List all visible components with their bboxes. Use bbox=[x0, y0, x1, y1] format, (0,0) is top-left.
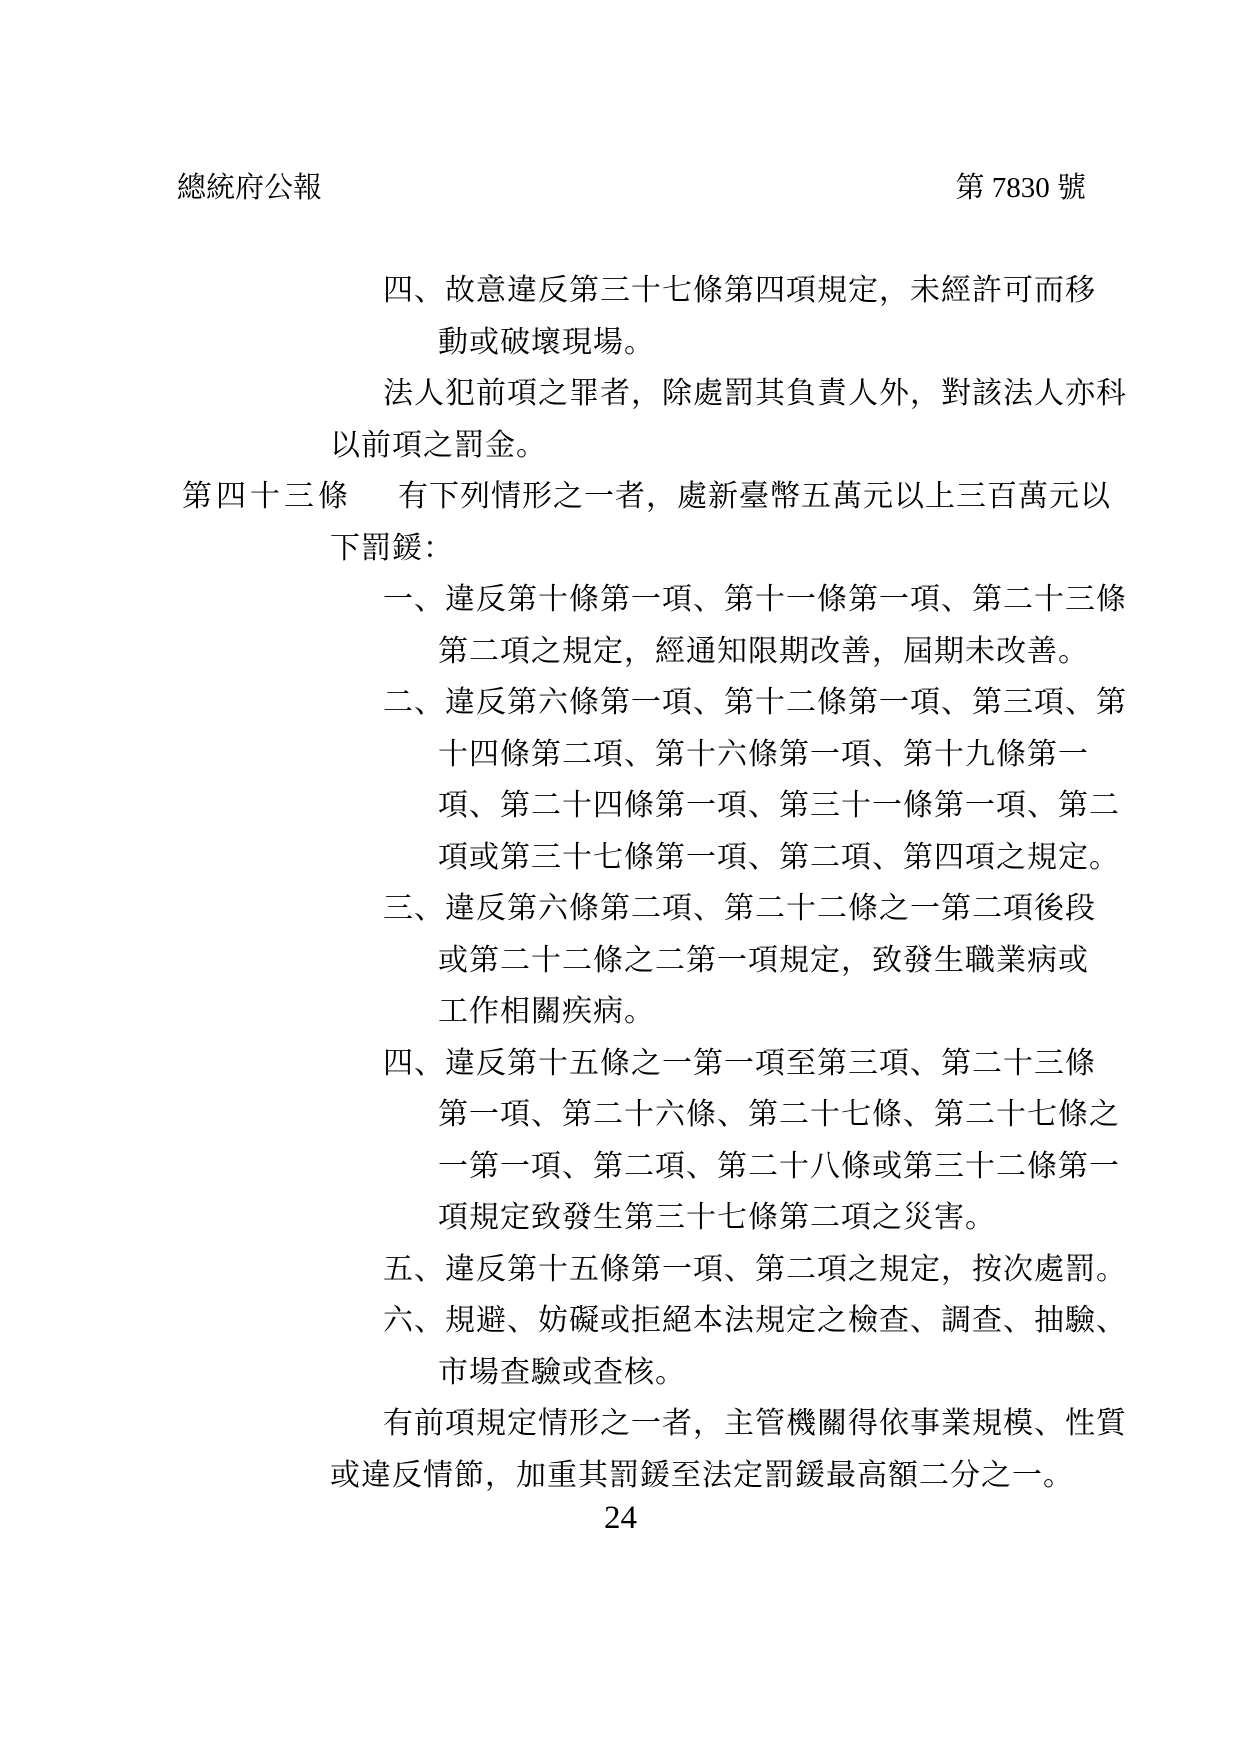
body-line: 一第一項、第二項、第二十八條或第三十二條第一 bbox=[438, 1141, 1241, 1193]
body-line: 二、違反第六條第一項、第十二條第一項、第三項、第 bbox=[383, 677, 1241, 729]
body-line: 有前項規定情形之一者，主管機關得依事業規模、性質 bbox=[383, 1398, 1241, 1450]
article-number: 第四十三條 bbox=[182, 471, 352, 523]
gazette-title: 總統府公報 bbox=[177, 168, 322, 208]
body-line: 法人犯前項之罪者，除處罰其負責人外，對該法人亦科 bbox=[383, 368, 1241, 420]
body-line: 項規定致發生第三十七條第二項之災害。 bbox=[438, 1192, 1241, 1244]
body-line: 下罰鍰： bbox=[330, 523, 1241, 575]
body-line: 六、規避、妨礙或拒絕本法規定之檢查、調查、抽驗、 bbox=[383, 1295, 1241, 1347]
body-line: 第四十三條有下列情形之一者，處新臺幣五萬元以上三百萬元以 bbox=[182, 471, 1241, 523]
body-line: 工作相關疾病。 bbox=[438, 986, 1241, 1038]
issue-number: 第 7830 號 bbox=[955, 168, 1086, 208]
body-line: 動或破壞現場。 bbox=[438, 317, 1241, 369]
body-line: 四、違反第十五條之一第一項至第三項、第二十三條 bbox=[383, 1038, 1241, 1090]
body-text: 四、故意違反第三十七條第四項規定，未經許可而移 動或破壞現場。 法人犯前項之罪者… bbox=[0, 265, 1241, 1501]
body-line: 市場查驗或查核。 bbox=[438, 1347, 1241, 1399]
body-line: 一、違反第十條第一項、第十一條第一項、第二十三條 bbox=[383, 574, 1241, 626]
page-header: 總統府公報 第 7830 號 bbox=[177, 168, 1086, 208]
body-line: 以前項之罰金。 bbox=[330, 420, 1241, 472]
gazette-page: 總統府公報 第 7830 號 四、故意違反第三十七條第四項規定，未經許可而移 動… bbox=[0, 0, 1241, 1754]
body-line: 項或第三十七條第一項、第二項、第四項之規定。 bbox=[438, 832, 1241, 884]
body-line: 項、第二十四條第一項、第三十一條第一項、第二 bbox=[438, 780, 1241, 832]
body-line: 三、違反第六條第二項、第二十二條之一第二項後段 bbox=[383, 883, 1241, 935]
body-line: 五、違反第十五條第一項、第二項之規定，按次處罰。 bbox=[383, 1244, 1241, 1296]
article-text: 有下列情形之一者，處新臺幣五萬元以上三百萬元以 bbox=[398, 480, 1111, 513]
page-number: 24 bbox=[0, 1498, 1241, 1538]
body-line: 第二項之規定，經通知限期改善，屆期未改善。 bbox=[438, 626, 1241, 678]
body-line: 或第二十二條之二第一項規定，致發生職業病或 bbox=[438, 935, 1241, 987]
body-line: 四、故意違反第三十七條第四項規定，未經許可而移 bbox=[383, 265, 1241, 317]
body-line: 十四條第二項、第十六條第一項、第十九條第一 bbox=[438, 729, 1241, 781]
body-line: 第一項、第二十六條、第二十七條、第二十七條之 bbox=[438, 1089, 1241, 1141]
body-line: 或違反情節，加重其罰鍰至法定罰鍰最高額二分之一。 bbox=[330, 1450, 1241, 1502]
